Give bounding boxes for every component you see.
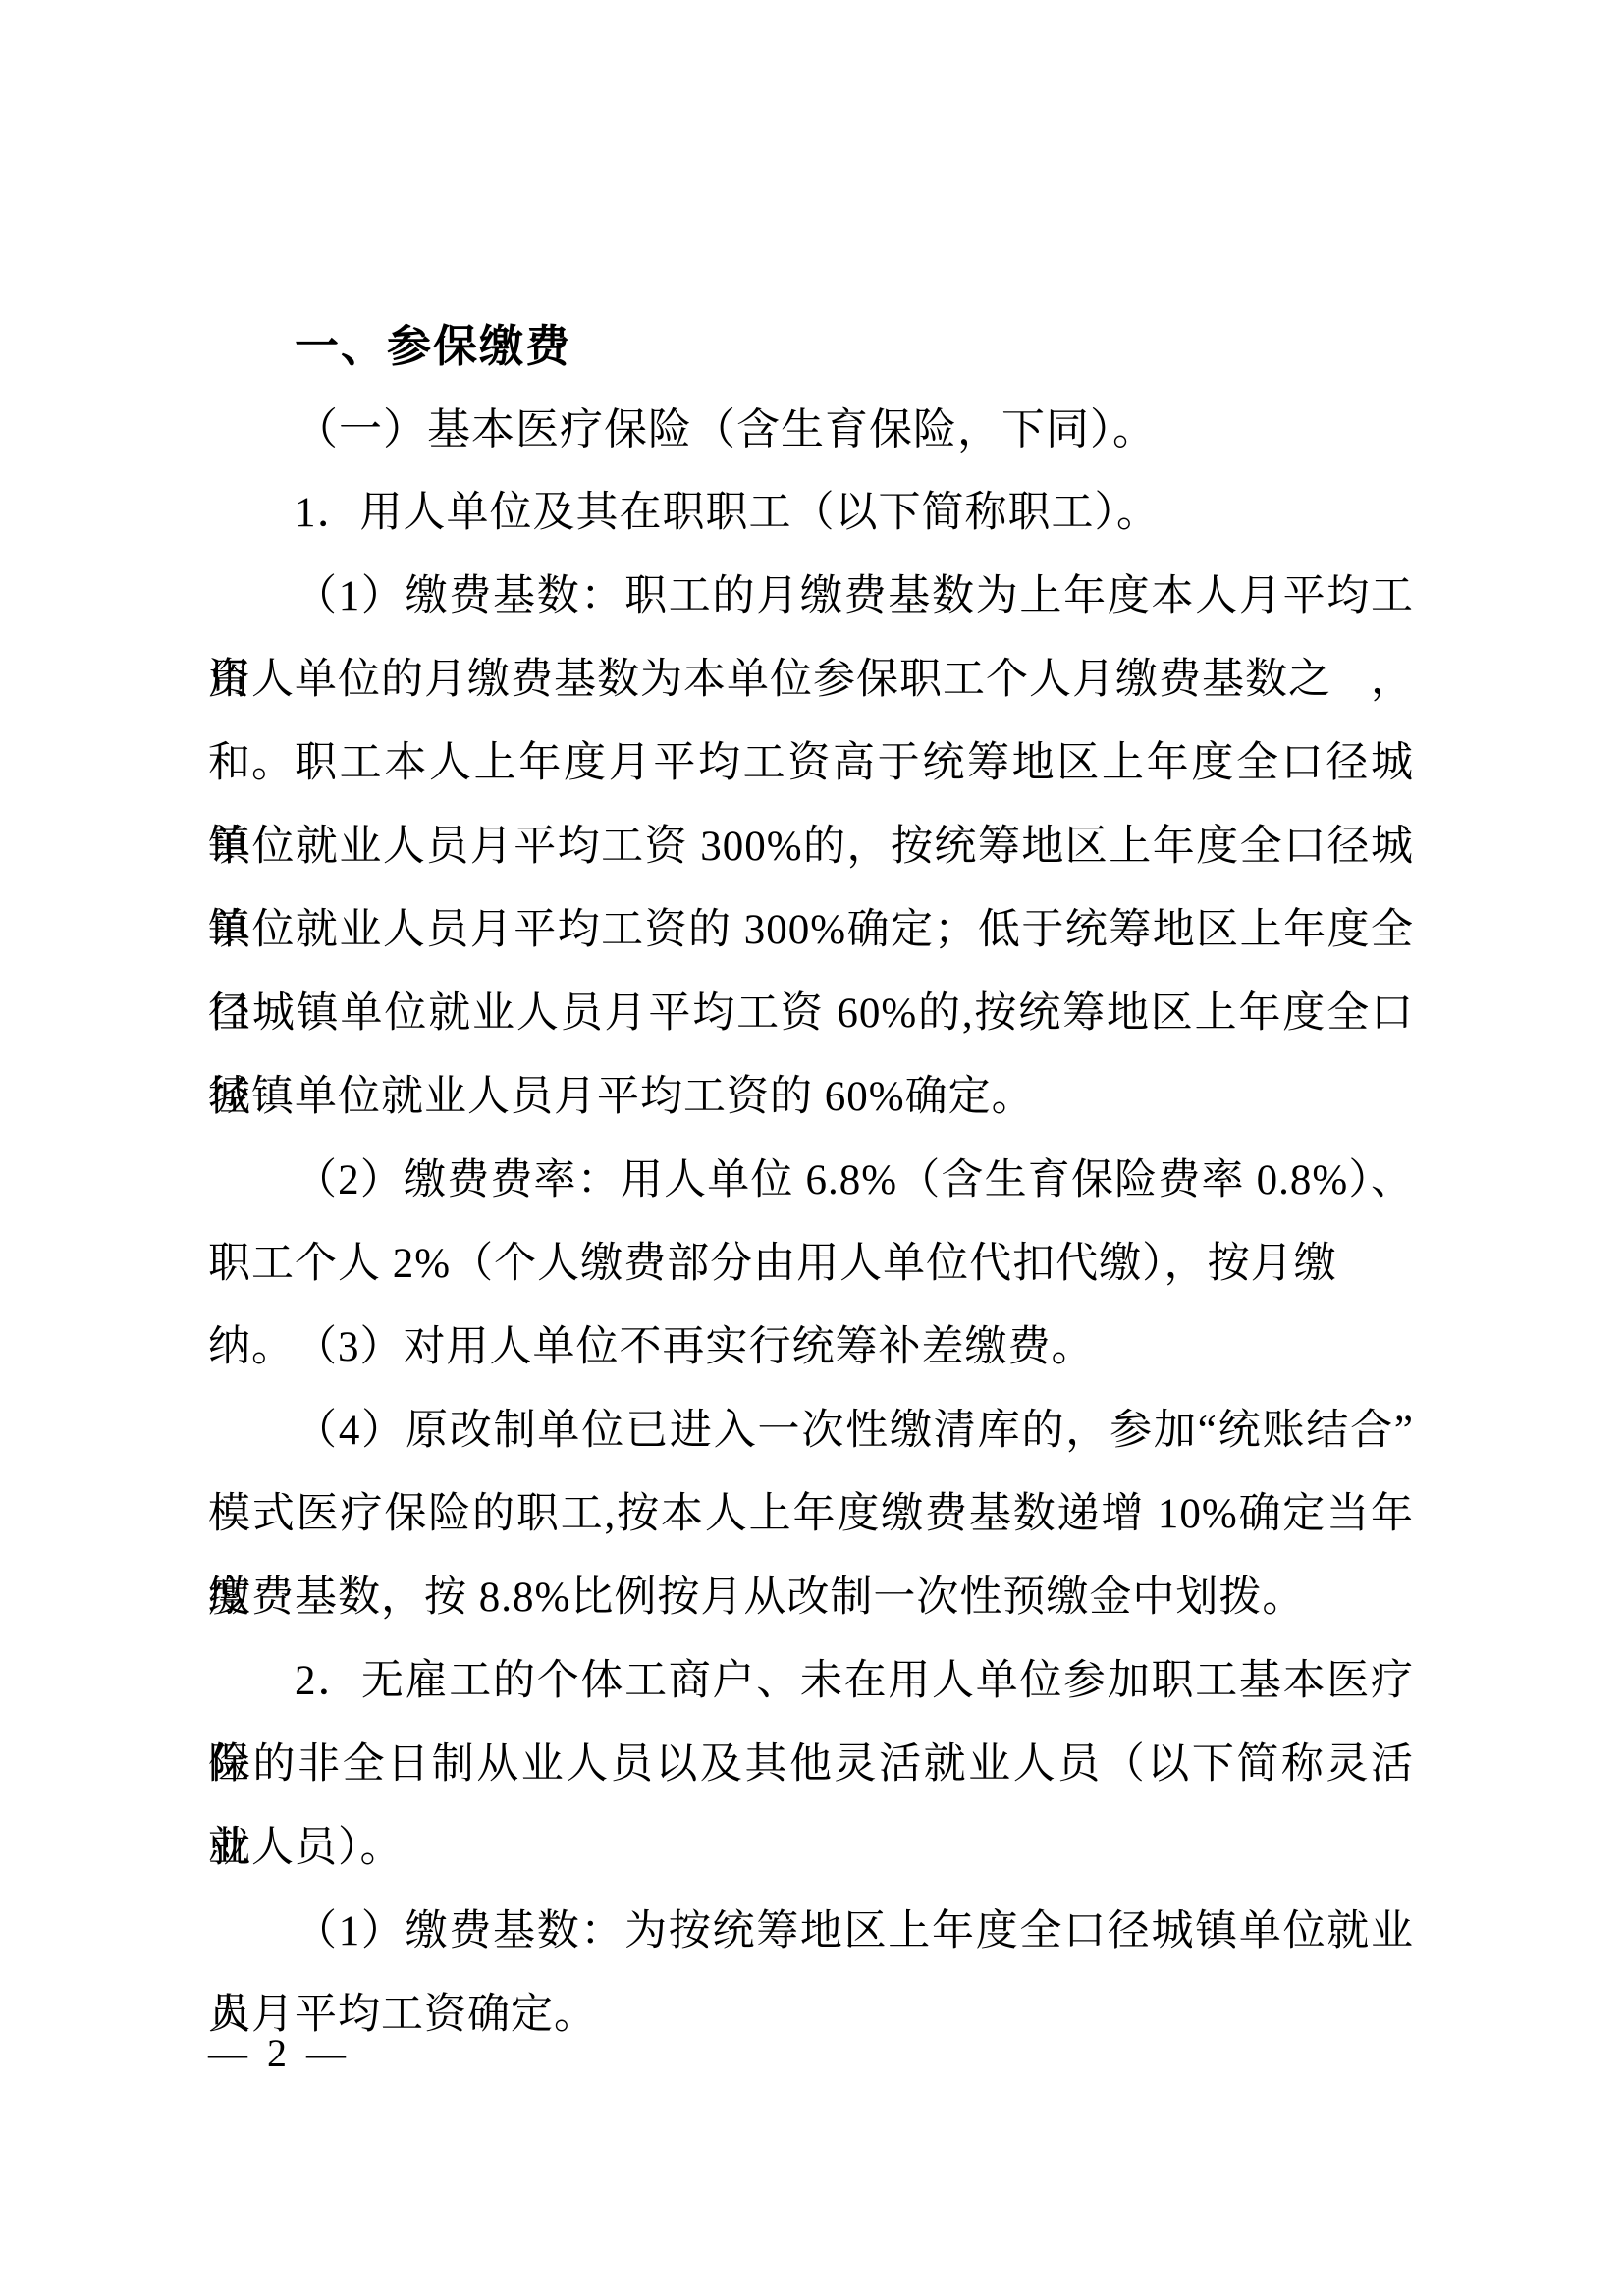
document-line: （2）缴费费率：用人单位 6.8%（含生育保险费率 0.8%）、 <box>208 1139 1414 1222</box>
heading2-line: （一）基本医疗保险（含生育保险，下同）。 <box>208 388 1414 471</box>
document-line: 单位就业人员月平均工资的 300%确定；低于统筹地区上年度全口 <box>208 888 1414 972</box>
document-line: （4）原改制单位已进入一次性缴清库的，参加“统账结合” <box>208 1389 1414 1472</box>
document-page: 一、参保缴费（一）基本医疗保险（含生育保险，下同）。1．用人单位及其在职职工（以… <box>0 0 1624 2296</box>
document-line: 模式医疗保险的职工,按本人上年度缴费基数递增 10%确定当年度 <box>208 1472 1414 1556</box>
document-line: 单位就业人员月平均工资 300%的，按统筹地区上年度全口径城镇 <box>208 805 1414 888</box>
document-line: 职工本人上年度月平均工资高于统筹地区上年度全口径城镇 <box>208 721 1414 805</box>
document-line: 用人单位的月缴费基数为本单位参保职工个人月缴费基数之和。 <box>208 638 1414 721</box>
document-line: 城镇单位就业人员月平均工资的 60%确定。 <box>208 1055 1414 1139</box>
document-line: 职工个人 2%（个人缴费部分由用人单位代扣代缴），按月缴纳。 <box>208 1222 1414 1306</box>
document-line: 2．无雇工的个体工商户、未在用人单位参加职工基本医疗保 <box>208 1639 1414 1723</box>
document-line: （1）缴费基数：为按统筹地区上年度全口径城镇单位就业人 <box>208 1890 1414 1973</box>
document-line: 险的非全日制从业人员以及其他灵活就业人员（以下简称灵活就 <box>208 1723 1414 1806</box>
document-line: （3）对用人单位不再实行统筹补差缴费。 <box>208 1306 1414 1389</box>
document-line: 缴费基数，按 8.8%比例按月从改制一次性预缴金中划拨。 <box>208 1556 1414 1639</box>
document-line: （1）缴费基数：职工的月缴费基数为上年度本人月平均工资， <box>208 555 1414 638</box>
heading1-line: 一、参保缴费 <box>208 304 1414 388</box>
page-number: — 2 — <box>208 2024 348 2083</box>
document-line: 业人员）。 <box>208 1806 1414 1890</box>
document-line: 径城镇单位就业人员月平均工资 60%的,按统筹地区上年度全口径 <box>208 972 1414 1055</box>
document-body: 一、参保缴费（一）基本医疗保险（含生育保险，下同）。1．用人单位及其在职职工（以… <box>208 304 1414 2056</box>
document-line: 1．用人单位及其在职职工（以下简称职工）。 <box>208 471 1414 555</box>
document-line: 员月平均工资确定。 <box>208 1973 1414 2056</box>
